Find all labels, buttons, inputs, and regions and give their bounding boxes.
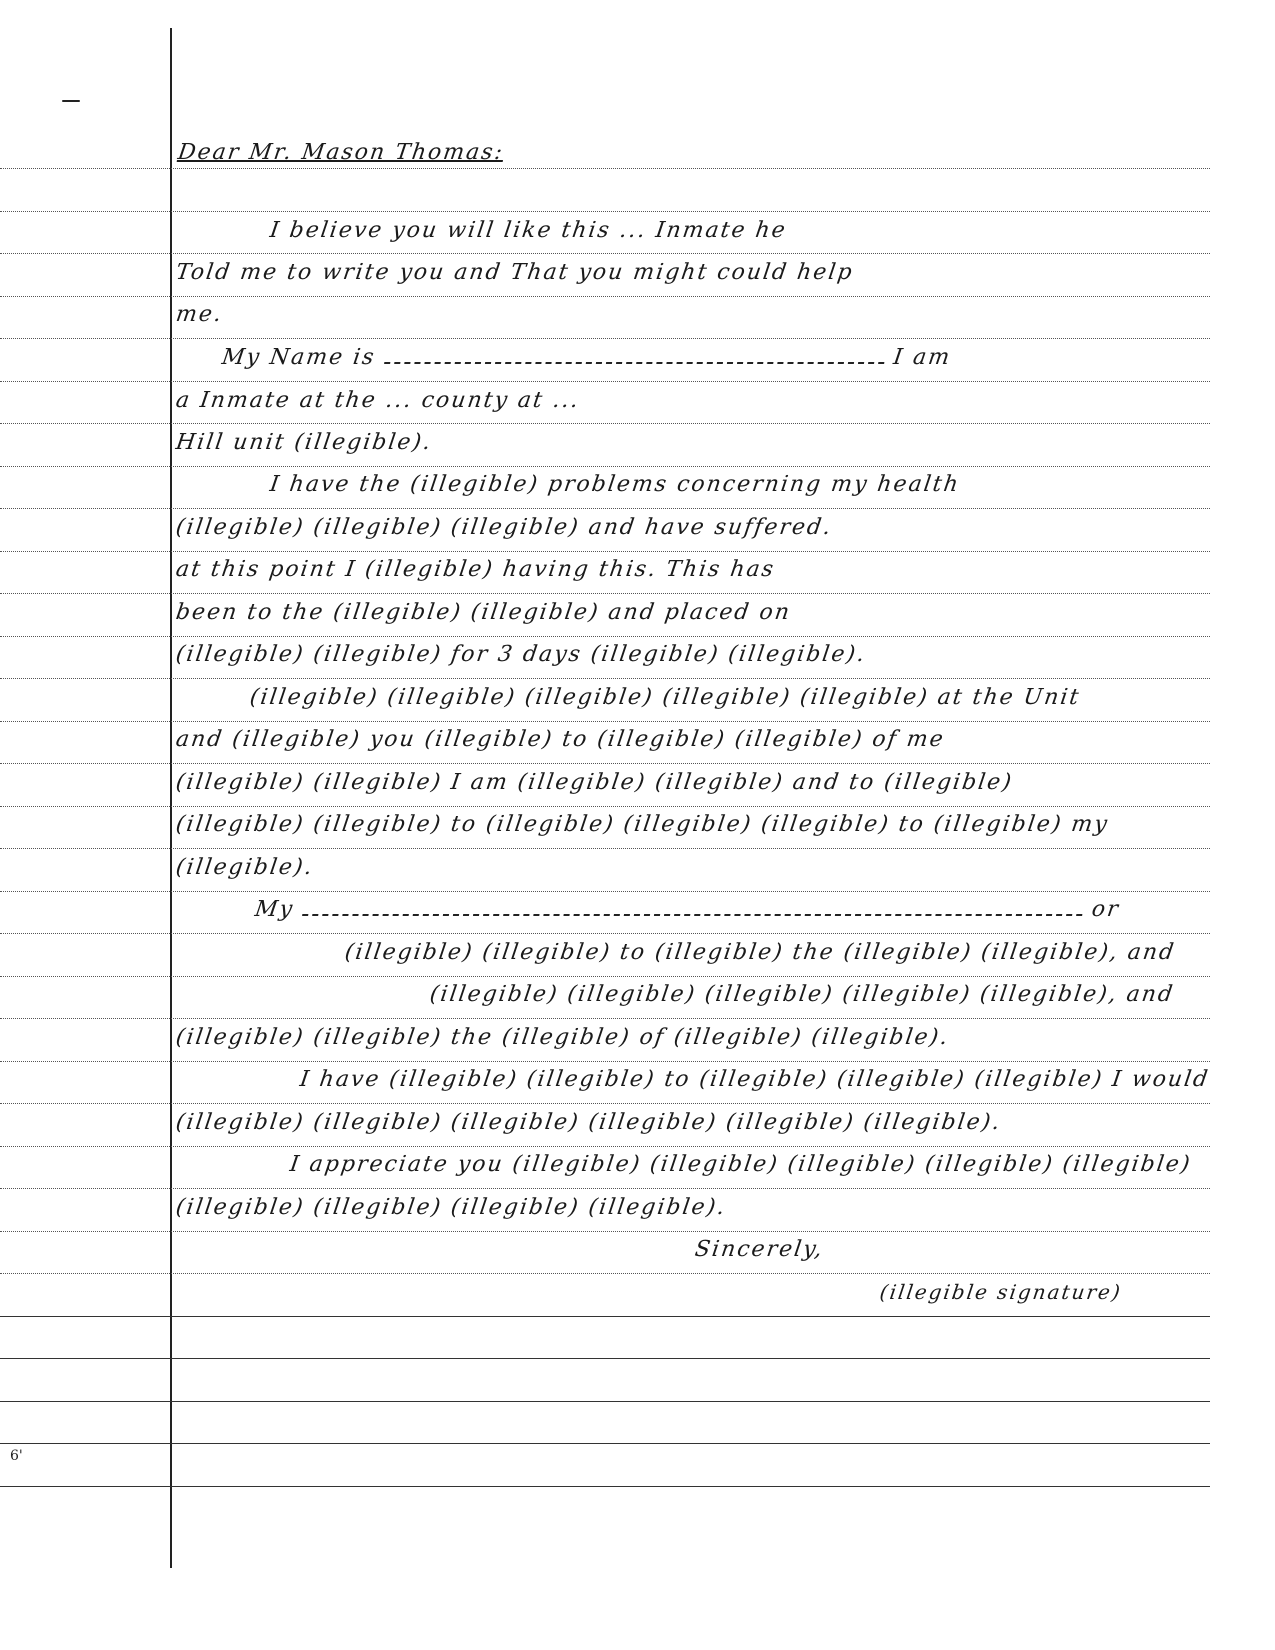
paragraph-5-line-1: My or <box>253 897 1121 922</box>
ruled-line <box>0 211 1210 212</box>
ruled-line <box>0 466 1210 467</box>
ruled-line <box>0 593 1210 594</box>
ruled-line <box>0 848 1210 849</box>
ruled-line <box>0 1188 1210 1189</box>
paragraph-5-line-4: (illegible) (illegible) the (illegible) … <box>174 1025 951 1050</box>
ruled-line <box>0 253 1210 254</box>
letter-page: 6' Dear Mr. Mason Thomas: I believe you … <box>0 0 1275 1650</box>
ruled-line <box>0 1061 1210 1062</box>
paragraph-2-line-2: a Inmate at the ... county at ... <box>174 388 581 413</box>
ruled-line <box>0 1231 1210 1232</box>
ruled-line <box>0 976 1210 977</box>
ruled-line <box>0 338 1210 339</box>
paragraph-4-line-1: (illegible) (illegible) (illegible) (ill… <box>248 685 1082 710</box>
ruled-line <box>0 1146 1210 1147</box>
paragraph-5-line-2: (illegible) (illegible) to (illegible) t… <box>343 940 1177 965</box>
ruled-line <box>0 551 1210 552</box>
paragraph-4-line-3: (illegible) (illegible) I am (illegible)… <box>174 770 1014 795</box>
stray-mark <box>62 100 80 102</box>
ruled-line <box>0 678 1210 679</box>
paragraph-4-line-4: (illegible) (illegible) to (illegible) (… <box>174 812 1110 837</box>
ruled-line <box>0 891 1210 892</box>
paragraph-3-line-4: been to the (illegible) (illegible) and … <box>174 600 792 625</box>
paragraph-1-line-1: I believe you will like this ... Inmate … <box>268 218 788 243</box>
redacted-blank <box>302 913 1082 916</box>
margin-line <box>170 28 172 1568</box>
closing: Sincerely, <box>693 1237 825 1262</box>
salutation: Dear Mr. Mason Thomas: <box>176 140 506 165</box>
ruled-line <box>0 1316 1210 1317</box>
ruled-line <box>0 1018 1210 1019</box>
ruled-line <box>0 763 1210 764</box>
paragraph-2-line-3: Hill unit (illegible). <box>174 430 434 455</box>
paragraph-2-line-1: My Name is I am <box>220 345 953 370</box>
name-blank <box>384 361 884 364</box>
ruled-line <box>0 381 1210 382</box>
ruled-line <box>0 1103 1210 1104</box>
ruled-line <box>0 1273 1210 1274</box>
paragraph-3-line-1: I have the (illegible) problems concerni… <box>268 472 961 497</box>
paragraph-3-line-2: (illegible) (illegible) (illegible) and … <box>174 515 834 540</box>
ruled-line <box>0 508 1210 509</box>
paragraph-4-line-2: and (illegible) you (illegible) to (ille… <box>174 727 946 752</box>
paragraph-1-line-2: Told me to write you and That you might … <box>174 260 855 285</box>
margin-mark: 6' <box>10 1448 23 1464</box>
ruled-line <box>0 1486 1210 1487</box>
paragraph-5-line-3: (illegible) (illegible) (illegible) (ill… <box>428 982 1176 1007</box>
paragraph-3-line-3: at this point I (illegible) having this.… <box>174 557 776 582</box>
paragraph-7-line-2: (illegible) (illegible) (illegible) (ill… <box>174 1195 728 1220</box>
ruled-line <box>0 296 1210 297</box>
paragraph-3-line-5: (illegible) (illegible) for 3 days (ille… <box>174 642 867 667</box>
paragraph-4-line-5: (illegible). <box>174 855 315 880</box>
ruled-line <box>0 168 1210 169</box>
ruled-line <box>0 423 1210 424</box>
paragraph-1-line-3: me. <box>174 302 224 327</box>
ruled-line <box>0 1401 1210 1402</box>
ruled-line <box>0 636 1210 637</box>
paragraph-7-line-1: I appreciate you (illegible) (illegible)… <box>288 1152 1193 1177</box>
ruled-line <box>0 721 1210 722</box>
paragraph-6-line-1: I have (illegible) (illegible) to (illeg… <box>298 1067 1211 1092</box>
ruled-line <box>0 806 1210 807</box>
signature: (illegible signature) <box>878 1280 1123 1304</box>
ruled-line <box>0 1358 1210 1359</box>
ruled-line <box>0 1443 1210 1444</box>
paragraph-6-line-2: (illegible) (illegible) (illegible) (ill… <box>174 1110 1003 1135</box>
ruled-line <box>0 933 1210 934</box>
